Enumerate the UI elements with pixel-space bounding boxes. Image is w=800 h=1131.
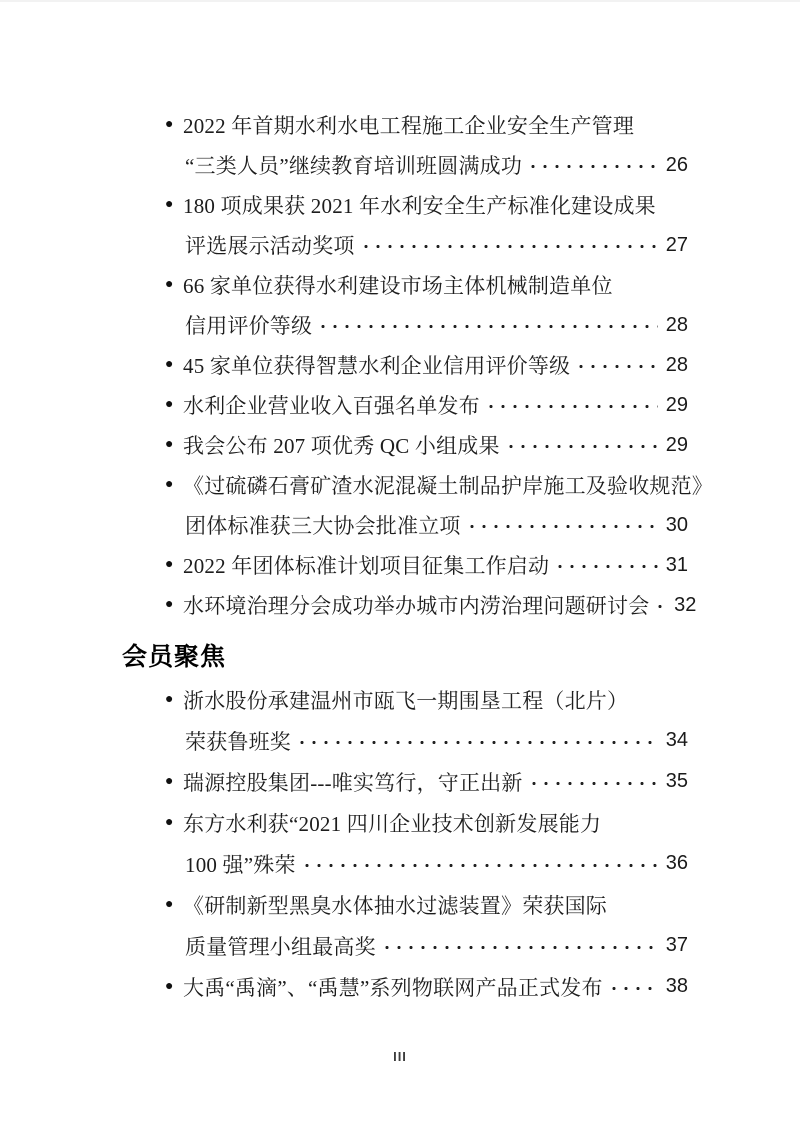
- entry-text: 东方水利获“2021 四川企业技术创新发展能力: [183, 808, 601, 838]
- dot-leader: [379, 925, 658, 966]
- entry-text: 100 强”殊荣: [185, 849, 296, 879]
- entry-text: 《研制新型黑臭水体抽水过滤装置》荣获国际: [183, 890, 607, 920]
- toc-entry-line: ● 66 家单位获得水利建设市场主体机械制造单位: [122, 265, 688, 305]
- toc-entry-line: 评选展示活动奖项 27: [122, 225, 688, 265]
- dot-leader: [299, 843, 658, 884]
- entry-text: 180 项成果获 2021 年水利安全生产标准化建设成果: [183, 190, 656, 220]
- bullet-icon: ●: [165, 278, 183, 292]
- entry-text: 团体标准获三大协会批准立项: [185, 510, 461, 540]
- bullet-icon: ●: [165, 980, 183, 994]
- bullet-icon: ●: [165, 558, 183, 572]
- dot-leader: [503, 425, 658, 465]
- toc-entry-line: 100 强”殊荣 36: [122, 843, 688, 884]
- toc-content: ● 2022 年首期水利水电工程施工企业安全生产管理 “三类人员”继续教育培训班…: [122, 105, 688, 1007]
- toc-entry-line: ● 180 项成果获 2021 年水利安全生产标准化建设成果: [122, 185, 688, 225]
- bullet-icon: ●: [165, 198, 183, 212]
- toc-entry-line: ● 水利企业营业收入百强名单发布 29: [122, 385, 688, 425]
- toc-entry-line: ● 《过硫磷石膏矿渣水泥混凝土制品护岸施工及验收规范》: [122, 465, 688, 505]
- toc-entry-line: 信用评价等级 28: [122, 305, 688, 345]
- dot-leader: [526, 761, 658, 802]
- page-number: 30: [662, 514, 688, 537]
- entry-text: 我会公布 207 项优秀 QC 小组成果: [183, 430, 500, 460]
- page-number: 29: [662, 394, 688, 417]
- page-number: 31: [662, 554, 688, 577]
- page-number: 36: [662, 852, 688, 875]
- page-number: 37: [662, 934, 688, 957]
- toc-entry-line: “三类人员”继续教育培训班圆满成功 26: [122, 145, 688, 185]
- toc-entry-line: ● 东方水利获“2021 四川企业技术创新发展能力: [122, 802, 688, 843]
- bullet-icon: ●: [165, 693, 183, 707]
- dot-leader: [464, 505, 658, 545]
- toc-entry-line: 质量管理小组最高奖 37: [122, 925, 688, 966]
- toc-entry-line: 荣获鲁班奖 34: [122, 720, 688, 761]
- document-page: ● 2022 年首期水利水电工程施工企业安全生产管理 “三类人员”继续教育培训班…: [0, 0, 800, 1131]
- entry-text: 荣获鲁班奖: [185, 726, 291, 756]
- dot-leader: [294, 720, 658, 761]
- entry-text: 2022 年首期水利水电工程施工企业安全生产管理: [183, 110, 634, 140]
- dot-leader: [483, 385, 658, 425]
- toc-entry-line: ● 我会公布 207 项优秀 QC 小组成果 29: [122, 425, 688, 465]
- page-number: 34: [662, 729, 688, 752]
- toc-entry-line: ● 大禹“禹滴”、“禹慧”系列物联网产品正式发布 38: [122, 966, 688, 1007]
- entry-text: “三类人员”继续教育培训班圆满成功: [185, 150, 522, 180]
- bullet-icon: ●: [165, 358, 183, 372]
- toc-entry-line: 团体标准获三大协会批准立项 30: [122, 505, 688, 545]
- entry-text: 浙水股份承建温州市瓯飞一期围垦工程（北片）: [183, 685, 628, 715]
- page-number: 35: [662, 770, 688, 793]
- dot-leader: [358, 225, 658, 265]
- page-number: 26: [662, 154, 688, 177]
- section-heading: 会员聚焦: [122, 637, 688, 677]
- bullet-icon: ●: [165, 118, 183, 132]
- entry-text: 66 家单位获得水利建设市场主体机械制造单位: [183, 270, 613, 300]
- entry-text: 质量管理小组最高奖: [185, 931, 376, 961]
- toc-entry-line: ● 浙水股份承建温州市瓯飞一期围垦工程（北片）: [122, 679, 688, 720]
- toc-entry-line: ● 2022 年首期水利水电工程施工企业安全生产管理: [122, 105, 688, 145]
- page-number: 28: [662, 314, 688, 337]
- dot-leader: [606, 966, 658, 1007]
- entry-text: 信用评价等级: [185, 310, 312, 340]
- bullet-icon: ●: [165, 438, 183, 452]
- entry-text: 45 家单位获得智慧水利企业信用评价等级: [183, 350, 570, 380]
- entry-text: 评选展示活动奖项: [185, 230, 355, 260]
- toc-entry-line: ● 《研制新型黑臭水体抽水过滤装置》荣获国际: [122, 884, 688, 925]
- footer-page-number: III: [0, 1049, 800, 1064]
- toc-entry-line: ● 水环境治理分会成功举办城市内涝治理问题研讨会 32: [122, 585, 688, 625]
- dot-leader: [525, 145, 658, 185]
- page-number: 38: [662, 975, 688, 998]
- bullet-icon: ●: [165, 898, 183, 912]
- toc-section-1: ● 2022 年首期水利水电工程施工企业安全生产管理 “三类人员”继续教育培训班…: [122, 105, 688, 625]
- toc-entry-line: ● 45 家单位获得智慧水利企业信用评价等级 28: [122, 345, 688, 385]
- dot-leader: [573, 345, 658, 385]
- entry-text: 水环境治理分会成功举办城市内涝治理问题研讨会: [183, 590, 649, 620]
- dot-leader: [315, 305, 658, 345]
- toc-entry-line: ● 瑞源控股集团---唯实笃行，守正出新 35: [122, 761, 688, 802]
- bullet-icon: ●: [165, 816, 183, 830]
- entry-text: 大禹“禹滴”、“禹慧”系列物联网产品正式发布: [183, 972, 603, 1002]
- page-number: 29: [662, 434, 688, 457]
- page-number: 32: [670, 594, 696, 617]
- toc-section-2: ● 浙水股份承建温州市瓯飞一期围垦工程（北片） 荣获鲁班奖 34 ● 瑞源控股集…: [122, 679, 688, 1007]
- page-number: 28: [662, 354, 688, 377]
- dot-leader: [552, 545, 658, 585]
- entry-text: 水利企业营业收入百强名单发布: [183, 390, 480, 420]
- entry-text: 《过硫磷石膏矿渣水泥混凝土制品护岸施工及验收规范》: [183, 470, 713, 500]
- bullet-icon: ●: [165, 775, 183, 789]
- page-number: 27: [662, 234, 688, 257]
- bullet-icon: ●: [165, 478, 183, 492]
- dot-leader: [652, 585, 666, 625]
- toc-entry-line: ● 2022 年团体标准计划项目征集工作启动 31: [122, 545, 688, 585]
- entry-text: 2022 年团体标准计划项目征集工作启动: [183, 550, 549, 580]
- bullet-icon: ●: [165, 598, 183, 612]
- bullet-icon: ●: [165, 398, 183, 412]
- entry-text: 瑞源控股集团---唯实笃行，守正出新: [183, 767, 523, 797]
